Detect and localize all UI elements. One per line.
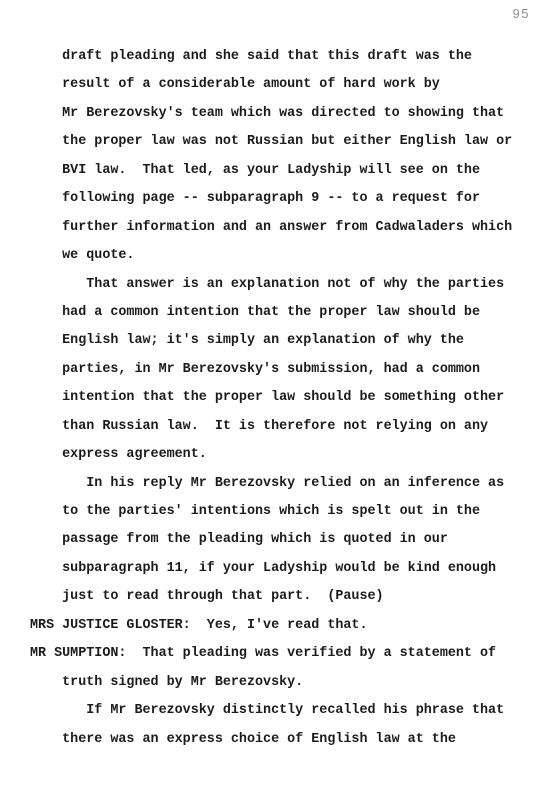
transcript-line: to the parties' intentions which is spel…	[30, 498, 558, 526]
transcript-line: result of a considerable amount of hard …	[30, 71, 558, 99]
transcript-line: the proper law was not Russian but eithe…	[30, 128, 558, 156]
transcript-line: MRS JUSTICE GLOSTER: Yes, I've read that…	[30, 612, 558, 640]
transcript-line: than Russian law. It is therefore not re…	[30, 413, 558, 441]
transcript-line: In his reply Mr Berezovsky relied on an …	[30, 470, 558, 498]
transcript-line: we quote.	[30, 242, 558, 270]
transcript-line: parties, in Mr Berezovsky's submission, …	[30, 356, 558, 384]
transcript-page: 95 draft pleading and she said that this…	[0, 0, 558, 789]
transcript-line: further information and an answer from C…	[30, 214, 558, 242]
transcript-line: express agreement.	[30, 441, 558, 469]
transcript-line: following page -- subparagraph 9 -- to a…	[30, 185, 558, 213]
transcript-line: had a common intention that the proper l…	[30, 299, 558, 327]
transcript-line: Mr Berezovsky's team which was directed …	[30, 100, 558, 128]
transcript-line: BVI law. That led, as your Ladyship will…	[30, 157, 558, 185]
transcript-line: English law; it's simply an explanation …	[30, 327, 558, 355]
transcript-line: If Mr Berezovsky distinctly recalled his…	[30, 697, 558, 725]
transcript-line: truth signed by Mr Berezovsky.	[30, 669, 558, 697]
page-number: 95	[513, 6, 530, 21]
transcript-line: MR SUMPTION: That pleading was verified …	[30, 640, 558, 668]
transcript-body: draft pleading and she said that this dr…	[30, 43, 558, 754]
transcript-line: there was an express choice of English l…	[30, 726, 558, 754]
transcript-line: That answer is an explanation not of why…	[30, 271, 558, 299]
transcript-line: passage from the pleading which is quote…	[30, 526, 558, 554]
transcript-line: intention that the proper law should be …	[30, 384, 558, 412]
transcript-line: subparagraph 11, if your Ladyship would …	[30, 555, 558, 583]
transcript-line: draft pleading and she said that this dr…	[30, 43, 558, 71]
transcript-line: just to read through that part. (Pause)	[30, 583, 558, 611]
